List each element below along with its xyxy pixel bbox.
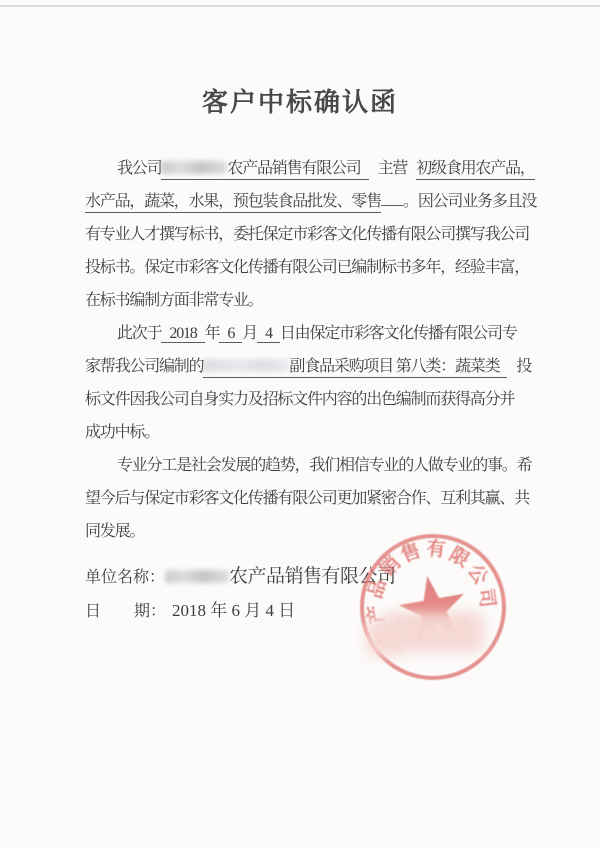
underline-blank <box>381 204 403 206</box>
underlined-text: 初级食用农产品， <box>416 160 534 180</box>
body-text: 主营 <box>378 160 408 177</box>
date-label: 期： <box>134 603 166 620</box>
body-text: 副食品采购项目 第八类：蔬菜类 <box>289 358 499 375</box>
body-line: 我公司农产品销售有限公司主营初级食用农产品， <box>85 152 525 185</box>
underlined-blank: 农产品销售有限公司 <box>161 160 368 180</box>
body-line: 成功中标。 <box>85 416 525 449</box>
body-line: 投标书。保定市彩客文化传播有限公司已编制标书多年，经验丰富， <box>85 251 525 284</box>
body-text: 专业分工是社会发展的趋势，我们相信专业的人做专业的事。希 <box>117 457 531 474</box>
body-text: 同发展。 <box>85 523 144 540</box>
body-text: 此次于 <box>117 325 161 342</box>
body-line: 水产品，蔬菜，水果，预包装食品批发、零售。因公司业务多且没 <box>85 185 525 218</box>
body-line: 标文件因我公司自身实力及招标文件内容的出色编制而获得高分并 <box>85 383 525 416</box>
date-value: 2018 年 6 月 4 日 <box>172 601 295 620</box>
body-text: 月 <box>242 325 257 342</box>
body-text: 家帮我公司编制的 <box>85 358 203 375</box>
page-title: 客户中标确认函 <box>0 82 600 119</box>
body-text: 年 <box>205 325 220 342</box>
body-text: 农产品销售有限公司 <box>227 160 360 177</box>
underlined-month: 6 <box>219 325 242 343</box>
body-text: 投 <box>516 358 531 375</box>
underlined-blank: 副食品采购项目 第八类：蔬菜类 <box>203 358 507 378</box>
company-seal-stamp: ★ 农产品销售有限公司 <box>360 534 506 680</box>
redacted-project-code <box>203 359 289 372</box>
underlined-year: 2018 <box>161 325 204 343</box>
body-text: 投标书。保定市彩客文化传播有限公司已编制标书多年，经验丰富， <box>85 259 529 276</box>
body-line: 望今后与保定市彩客文化传播有限公司更加紧密合作、互利其赢、共 <box>85 482 525 515</box>
body-line: 在标书编制方面非常专业。 <box>85 284 525 317</box>
body-line: 专业分工是社会发展的趋势，我们相信专业的人做专业的事。希 <box>85 449 525 482</box>
seal-blur-patch <box>366 618 402 656</box>
body-line: 有专业人才撰写标书，委托保定市彩客文化传播有限公司撰写我公司 <box>85 218 525 251</box>
body-text: 日由保定市彩客文化传播有限公司专 <box>280 325 517 342</box>
document-body: 我公司农产品销售有限公司主营初级食用农产品， 水产品，蔬菜，水果，预包装食品批发… <box>85 152 525 548</box>
redacted-company-name <box>165 570 229 583</box>
underlined-text: 水产品，蔬菜，水果，预包装食品批发、零售 <box>85 193 381 213</box>
scanned-document-page: 客户中标确认函 我公司农产品销售有限公司主营初级食用农产品， 水产品，蔬菜，水果… <box>0 0 600 848</box>
unit-name-label: 单位名称： <box>85 569 165 586</box>
scan-edge-line <box>0 5 600 7</box>
seal-arc-char: 司 <box>473 586 498 611</box>
body-text: 。因公司业务多且没 <box>403 193 536 210</box>
body-text: 标文件因我公司自身实力及招标文件内容的出色编制而获得高分并 <box>85 391 514 408</box>
body-line: 家帮我公司编制的副食品采购项目 第八类：蔬菜类投 <box>85 350 525 383</box>
date-label: 日 <box>85 603 101 620</box>
body-line: 此次于2018年6月4日由保定市彩客文化传播有限公司专 <box>85 317 525 350</box>
body-text: 我公司 <box>117 160 161 177</box>
body-text: 望今后与保定市彩客文化传播有限公司更加紧密合作、互利其赢、共 <box>85 490 529 507</box>
body-text: 在标书编制方面非常专业。 <box>85 292 263 309</box>
redacted-company-name <box>161 161 227 174</box>
underlined-day: 4 <box>257 325 280 343</box>
body-text: 有专业人才撰写标书，委托保定市彩客文化传播有限公司撰写我公司 <box>85 226 529 243</box>
body-text: 成功中标。 <box>85 424 159 441</box>
seal-arc-char: 有 <box>424 538 448 562</box>
